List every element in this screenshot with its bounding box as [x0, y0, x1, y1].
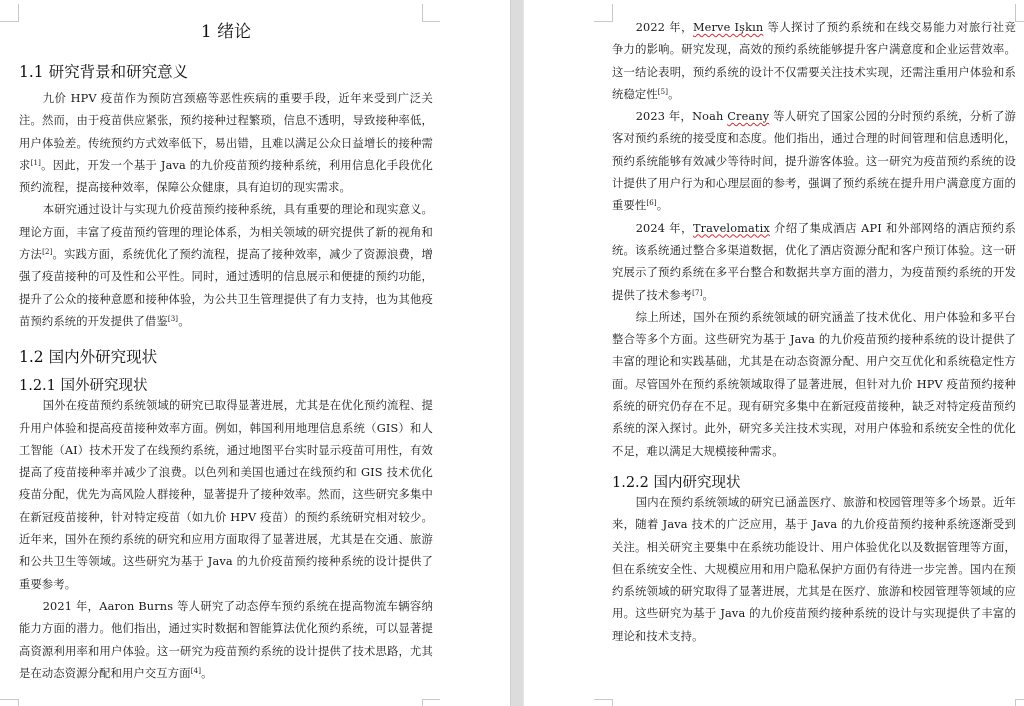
chapter-title: 1 绪论	[19, 18, 433, 46]
author-name: Merve Işkın	[693, 21, 763, 34]
crop-mark-top-left-h	[594, 21, 613, 22]
citation-ref: [6]	[646, 199, 656, 207]
author-name: Aaron Burns	[99, 600, 173, 613]
author-name: Creany	[727, 110, 769, 123]
paragraph: 2021 年，Aaron Burns 等人研究了动态停车预约系统在提高物流车辆容…	[19, 596, 433, 685]
paragraph: 本研究通过设计与实现九价疫苗预约接种系统，具有重要的理论和现实意义。理论方面，丰…	[19, 199, 433, 333]
crop-mark-bottom-left-h	[0, 699, 19, 700]
citation-ref: [5]	[658, 88, 668, 96]
section-heading-1-1: 1.1 研究背景和研究意义	[19, 61, 433, 83]
paragraph: 国内在预约系统领域的研究已涵盖医疗、旅游和校园管理等多个场景。近年来，随着 Ja…	[612, 492, 1016, 648]
paragraph: 2023 年，Noah Creany 等人研究了国家公园的分时预约系统，分析了游…	[612, 106, 1016, 217]
page-content[interactable]: 1 绪论 1.1 研究背景和研究意义 九价 HPV 疫苗作为预防宫颈癌等恶性疾病…	[19, 18, 433, 685]
paragraph: 2024 年，Travelomatix 介绍了集成酒店 API 和外部网络的酒店…	[612, 218, 1016, 307]
document-page-right[interactable]: 2022 年，Merve Işkın 等人探讨了预约系统和在线交易能力对旅行社竞…	[524, 0, 1024, 706]
page-content[interactable]: 2022 年，Merve Işkın 等人探讨了预约系统和在线交易能力对旅行社竞…	[612, 17, 1016, 648]
citation-ref: [3]	[168, 315, 178, 323]
crop-mark-bottom-right-v	[1015, 700, 1016, 706]
crop-mark-bottom-right-h	[1015, 699, 1024, 700]
subsection-heading-1-2-2: 1.2.2 国内研究现状	[612, 473, 1016, 493]
paragraph: 综上所述，国外在预约系统领域的研究涵盖了技术优化、用户体验和多平台整合等多个方面…	[612, 307, 1016, 463]
crop-mark-bottom-left-h	[594, 699, 613, 700]
citation-ref: [2]	[42, 248, 52, 256]
author-name: Travelomatix	[693, 222, 770, 235]
citation-ref: [7]	[692, 289, 702, 297]
paragraph: 九价 HPV 疫苗作为预防宫颈癌等恶性疾病的重要手段，近年来受到广泛关注。然而，…	[19, 88, 433, 199]
citation-ref: [1]	[31, 159, 41, 167]
crop-mark-top-right-h	[1015, 21, 1024, 22]
crop-mark-bottom-right-h	[422, 699, 440, 700]
crop-mark-top-left-h	[0, 21, 19, 22]
paragraph: 国外在疫苗预约系统领域的研究已取得显著进展，尤其是在优化预约流程、提升用户体验和…	[19, 395, 433, 596]
crop-mark-bottom-right-v	[422, 700, 423, 706]
paragraph: 2022 年，Merve Işkın 等人探讨了预约系统和在线交易能力对旅行社竞…	[612, 17, 1016, 106]
crop-mark-bottom-left-v	[612, 700, 613, 706]
page-gutter	[510, 0, 524, 706]
section-heading-1-2: 1.2 国内外研究现状	[19, 346, 433, 368]
citation-ref: [4]	[191, 667, 201, 675]
crop-mark-bottom-left-v	[18, 700, 19, 706]
subsection-heading-1-2-1: 1.2.1 国外研究现状	[19, 376, 433, 396]
document-page-left[interactable]: 1 绪论 1.1 研究背景和研究意义 九价 HPV 疫苗作为预防宫颈癌等恶性疾病…	[0, 0, 510, 706]
